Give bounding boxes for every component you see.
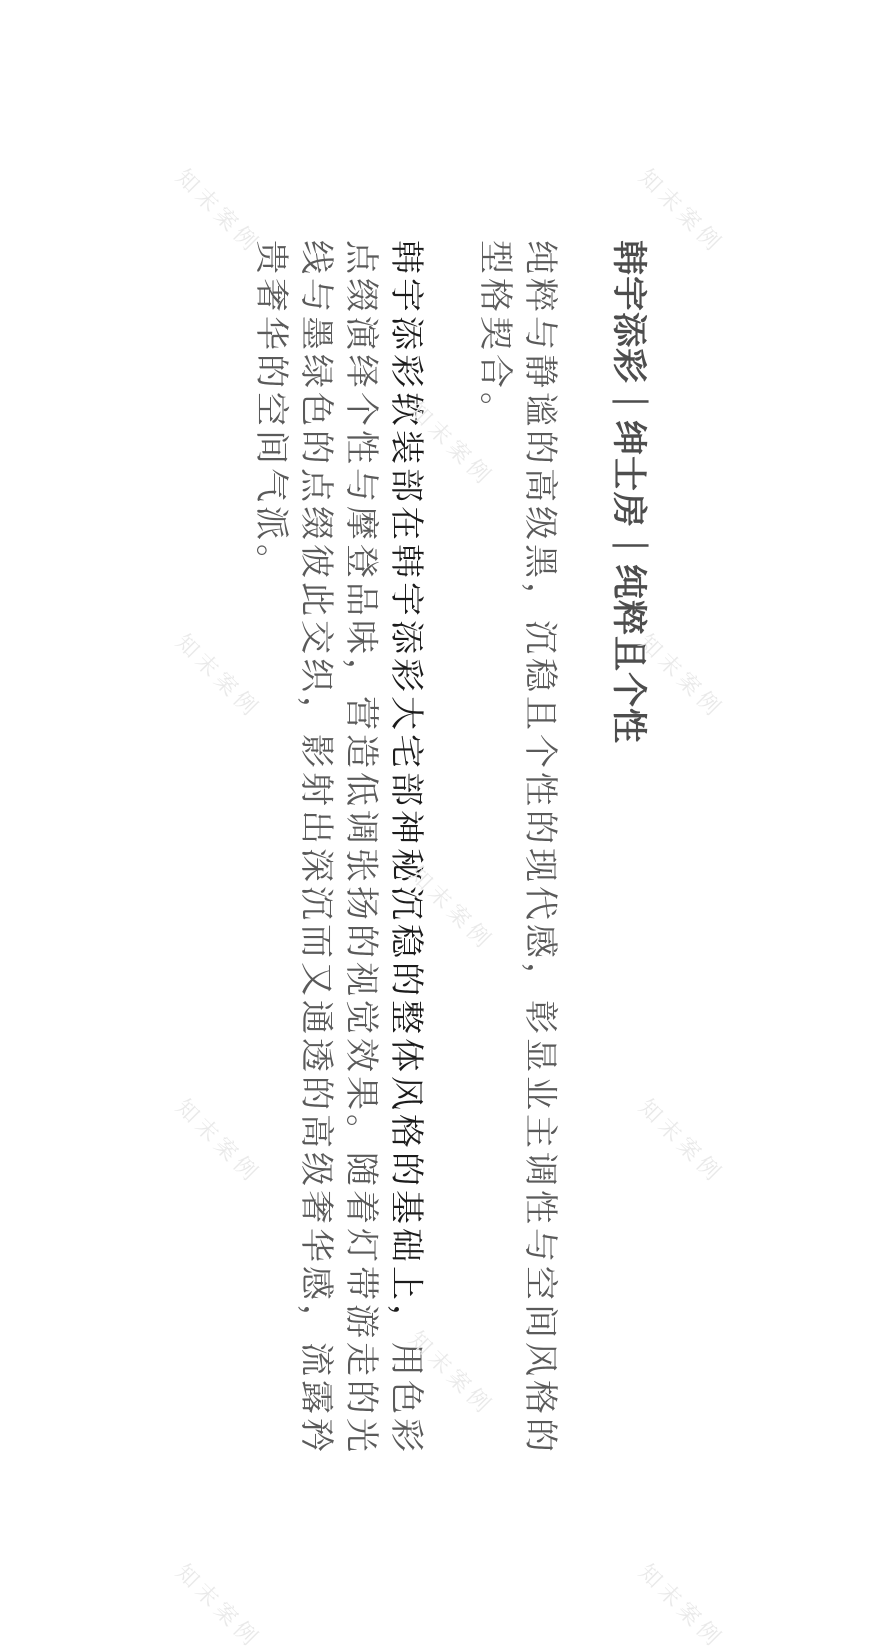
article-title: 韩宇添彩｜绅士房｜纯粹且个性 <box>602 240 654 744</box>
text-line: 型格契合。 <box>472 240 517 1540</box>
text-line: 贵奢华的空间气派。 <box>248 240 293 1540</box>
text-run: 用色彩 <box>387 1342 425 1456</box>
text-line: 纯粹与静谧的高级黑，沉稳且个性的现代感，彰显业主调性与空间风格的 <box>517 240 562 1540</box>
text-line: 韩宇添彩软装部在韩宇添彩大宅部神秘沉稳的整体风格的基础上，用色彩 <box>383 240 428 1540</box>
text-line: 线与墨绿色的点缀彼此交织，影射出深沉而又通透的高级奢华感，流露矜 <box>293 240 338 1540</box>
paragraph-detail: 韩宇添彩软装部在韩宇添彩大宅部神秘沉稳的整体风格的基础上，用色彩 点缀演绎个性与… <box>248 240 428 1540</box>
rotated-text-canvas: 韩宇添彩｜绅士房｜纯粹且个性 纯粹与静谧的高级黑，沉稳且个性的现代感，彰显业主调… <box>0 0 880 1650</box>
paragraph-intro: 纯粹与静谧的高级黑，沉稳且个性的现代感，彰显业主调性与空间风格的 型格契合。 <box>472 240 562 1540</box>
emphasis-text: 韩宇添彩软装部在韩宇添彩大宅部神秘沉稳的整体风格的基础上， <box>387 240 425 1342</box>
page: { "title": "韩宇添彩｜绅士房｜纯粹且个性", "paragraph1… <box>0 0 880 1650</box>
text-line: 点缀演绎个性与摩登品味，营造低调张扬的视觉效果。随着灯带游走的光 <box>338 240 383 1540</box>
